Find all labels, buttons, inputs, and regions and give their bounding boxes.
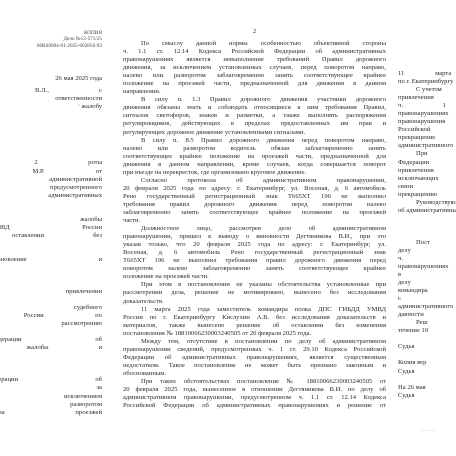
text-line: я, предусмотренного: [0, 184, 102, 192]
text-line: Руководствуясь: [398, 199, 456, 207]
text-line: движения, за исключением установленных с…: [123, 64, 386, 72]
text-line: об административных: [398, 207, 456, 215]
text-line: об административных: [0, 192, 102, 200]
paragraph-gap: [0, 368, 102, 376]
text-line: давности: [398, 311, 456, 319]
paragraph-gap: [0, 119, 102, 127]
decision-date: 26 мая 2025 года: [0, 75, 102, 83]
text-line: бургу Балий М.Р. от: [0, 168, 102, 176]
text-line: административного: [398, 142, 456, 150]
paragraph-gap: [398, 223, 456, 231]
text-line: 20 февраля 2025 года, вынесенное в отнош…: [123, 386, 386, 394]
text-line: регулирующих дорожное движение установле…: [123, 129, 386, 137]
text-line: налево или разворотом водитель обязан за…: [123, 145, 386, 153]
text-line: направлении.: [123, 88, 386, 96]
text-line: положение на проезжей части.: [123, 273, 386, 281]
text-line: ние об оставлении без: [0, 232, 102, 240]
text-line: командира: [398, 287, 456, 295]
text-line: ской Федерации об: [0, 376, 102, 384]
text-line: При этом в постановлении не указаны обст…: [123, 281, 386, 289]
text-line: в виде штрафа: [398, 271, 456, 279]
text-line: указав только, что 20 февраля 2025 года …: [123, 241, 386, 249]
text-line: течение 10: [398, 327, 456, 335]
text-line: ении.: [0, 417, 102, 425]
text-line: ектором ДПС 2 роты: [0, 159, 102, 167]
text-line: урга Узеньков В.Л., с: [0, 87, 102, 95]
text-line: соответствующее крайнее положение на про…: [123, 153, 386, 161]
text-line: заблаговременно занять соответствующее к…: [123, 209, 386, 217]
text-line: материалов, также вынесено решение об ос…: [123, 322, 386, 330]
paragraph-gap: [0, 151, 102, 159]
paragraph-gap: [398, 215, 456, 223]
text-line: ГИБДД УМВД России: [0, 224, 102, 232]
document-page-2: 2 По смыслу данной нормы особенностью об…: [118, 0, 388, 456]
page-1-content: КОПИЯ Дело №12-571/25 66RS0004-01-2025-0…: [0, 0, 102, 425]
text-line: Российской Федерации об административных…: [123, 402, 386, 410]
text-line: движения обязаны знать и соблюдать относ…: [123, 104, 386, 112]
text-line: ч. 1 ст. 4.5 Кодекса: [398, 102, 456, 110]
text-line: 20 февраля 2025 года,: [0, 240, 102, 248]
text-line: положение на проезжей: [0, 409, 102, 417]
text-line: правонарушениях: [398, 263, 456, 271]
text-line: прекращение: [398, 134, 456, 142]
text-line: Российской Федерации: [398, 126, 456, 134]
text-line: привлечения к: [398, 167, 456, 175]
text-line: ч. 1.1 ст. 12.14: [398, 255, 456, 263]
text-line: ассмотрения жалобы: [0, 216, 102, 224]
text-line: связи с чем: [398, 183, 456, 191]
scan-artifact: [420, 430, 436, 431]
scan-artifact: [78, 104, 80, 106]
text-line: правонарушениях является невыполнение тр…: [123, 56, 386, 64]
text-line: В силу п. 8.5 Правил дорожного движения …: [123, 137, 386, 145]
text-line: сигналов светофоров, знаков и разметки, …: [123, 112, 386, 120]
text-line: положение на проезжей части, предназначе…: [123, 80, 386, 88]
text-line: Должностное лицо, рассмотрев дело об адм…: [123, 225, 386, 233]
text-line: по г. Екатеринбургу: [398, 78, 456, 86]
text-line: поворотом налево заблаговременно занять …: [123, 265, 386, 273]
text-line: росит постановление и: [0, 256, 102, 264]
text-line: а в полном объеме, суд: [0, 360, 102, 368]
paragraph-gap: [398, 351, 456, 359]
paragraph-gap: [0, 352, 102, 360]
text-line: инистративного штрафа: [0, 200, 102, 208]
text-line: рассмотрении дела, решение не мотивирова…: [123, 289, 386, 297]
text-line: Копия вер: [398, 359, 456, 367]
text-line: Судья: [398, 368, 456, 376]
text-line: правонарушении сведений, предусмотренных…: [123, 346, 386, 354]
text-line: правонарушениях: [398, 110, 456, 118]
paragraph-gap: [0, 127, 102, 135]
text-line: исключающих: [398, 175, 456, 183]
text-line: Между тем, отсутствие в постановлении по…: [123, 338, 386, 346]
text-line: доказательств.: [123, 298, 386, 306]
paragraph-gap: [398, 335, 456, 343]
text-line: части.: [123, 217, 386, 225]
page-2-content: 2 По смыслу данной нормы особенностью об…: [123, 0, 386, 410]
paragraph-gap: [398, 231, 456, 239]
text-line: 20 февраля 2025 года по адресу: г. Екате…: [123, 185, 386, 193]
text-line: требования правил дорожного движения пер…: [123, 201, 386, 209]
text-line: административного: [398, 303, 456, 311]
text-line: Федерации об административных правонаруш…: [123, 354, 386, 362]
paragraph-gap: [0, 135, 102, 143]
text-line: при въезде на перекресток, где организов…: [123, 169, 386, 177]
text-line: Восеная, д. 6 автомобиль Рено государств…: [123, 249, 386, 257]
paragraph-gap: [0, 280, 102, 288]
text-line: и времени судебного: [0, 304, 102, 312]
text-line: ответственность за: [0, 384, 102, 392]
text-line: По смыслу данной нормы особенностью объе…: [123, 40, 386, 48]
text-line: На 26 мая: [398, 384, 456, 392]
page-number: 2: [123, 28, 386, 35]
text-line: правонарушения: [398, 118, 456, 126]
text-line: ной ответственности: [0, 95, 102, 103]
paragraph-gap: [0, 296, 102, 304]
text-line: Реш: [398, 319, 456, 327]
text-line: постановления № 18810066230003240505 от …: [123, 330, 386, 338]
document-page-3: 11 марта 2025 года заместителяпо г. Екат…: [388, 0, 456, 456]
text-line: В силу п. 1.3 Правил дорожного движения …: [123, 96, 386, 104]
text-line: к административной: [0, 176, 102, 184]
text-line: с доводами жалобы и: [0, 344, 102, 352]
text-line: ериале о привлечении: [0, 288, 102, 296]
document-page-1: КОПИЯ Дело №12-571/25 66RS0004-01-2025-0…: [0, 0, 104, 456]
text-line: обоснованным.: [123, 370, 386, 378]
text-line: делу об: [398, 247, 456, 255]
text-line: регулировщиков, действующих в пределах п…: [123, 120, 386, 128]
text-line: налево или разворотом заблаговременно за…: [123, 72, 386, 80]
text-line: Т665ХТ 196 не выполнил требования правил…: [123, 257, 386, 265]
text-line: ения, за исключением: [0, 393, 102, 401]
text-line: России по г. Екатеринбургу Кислухин А.В.…: [123, 314, 386, 322]
text-line: Федерации об: [398, 159, 456, 167]
page-3-body: 11 марта 2025 года заместителяпо г. Екат…: [398, 70, 456, 400]
text-line: рассмотрев жалобу: [0, 103, 102, 111]
text-line: Пост: [398, 239, 456, 247]
paragraph-gap: [398, 376, 456, 384]
text-line: 11 марта 2025 года заместитель командира…: [123, 306, 386, 314]
text-line: г. Екатеринбургу: [398, 295, 456, 303]
text-line: делу об адм: [398, 279, 456, 287]
text-line: Согласно протокола об административном п…: [123, 177, 386, 185]
text-line: привлечения к: [398, 94, 456, 102]
paragraph-gap: [0, 143, 102, 151]
text-line: Д УМВД России по: [0, 312, 102, 320]
text-line: административном правонарушении, предусм…: [123, 394, 386, 402]
text-line: Судья: [398, 392, 456, 400]
paragraph-gap: [0, 208, 102, 216]
text-line: правонарушении, пришел к выводу о виновн…: [123, 233, 386, 241]
text-line: недостатком. Такое постановление не може…: [123, 362, 386, 370]
text-line: движения в данном направлении, кроме слу…: [123, 161, 386, 169]
text-line: Рено государственный регистрационный зна…: [123, 193, 386, 201]
text-line: С учетом: [398, 86, 456, 94]
text-line: об административном: [0, 111, 102, 119]
page-3-content: 11 марта 2025 года заместителяпо г. Екат…: [398, 0, 456, 400]
page-1-body: урга Узеньков В.Л., сной ответственности…: [0, 87, 102, 424]
text-line: право или разворотом: [0, 401, 102, 409]
text-line: ы жалобы поддержал.: [0, 272, 102, 280]
text-line: ч. 1.1 ст. 12.14 Кодекса Российской Феде…: [123, 48, 386, 56]
paragraph-gap: [0, 248, 102, 256]
page-2-body: По смыслу данной нормы особенностью объе…: [123, 40, 386, 410]
text-line: прекращению: [398, 191, 456, 199]
text-line: ийской Федерации об: [0, 336, 102, 344]
text-line: 11 марта 2025 года заместителя: [398, 70, 456, 78]
text-line: бу в его отсутствие.: [0, 328, 102, 336]
text-line: Судья: [398, 343, 456, 351]
text-line: При: [398, 150, 456, 158]
text-line: ал.: [0, 264, 102, 272]
text-line: тствует рассмотрению: [0, 320, 102, 328]
text-line: При таких обстоятельствах постановление …: [123, 378, 386, 386]
